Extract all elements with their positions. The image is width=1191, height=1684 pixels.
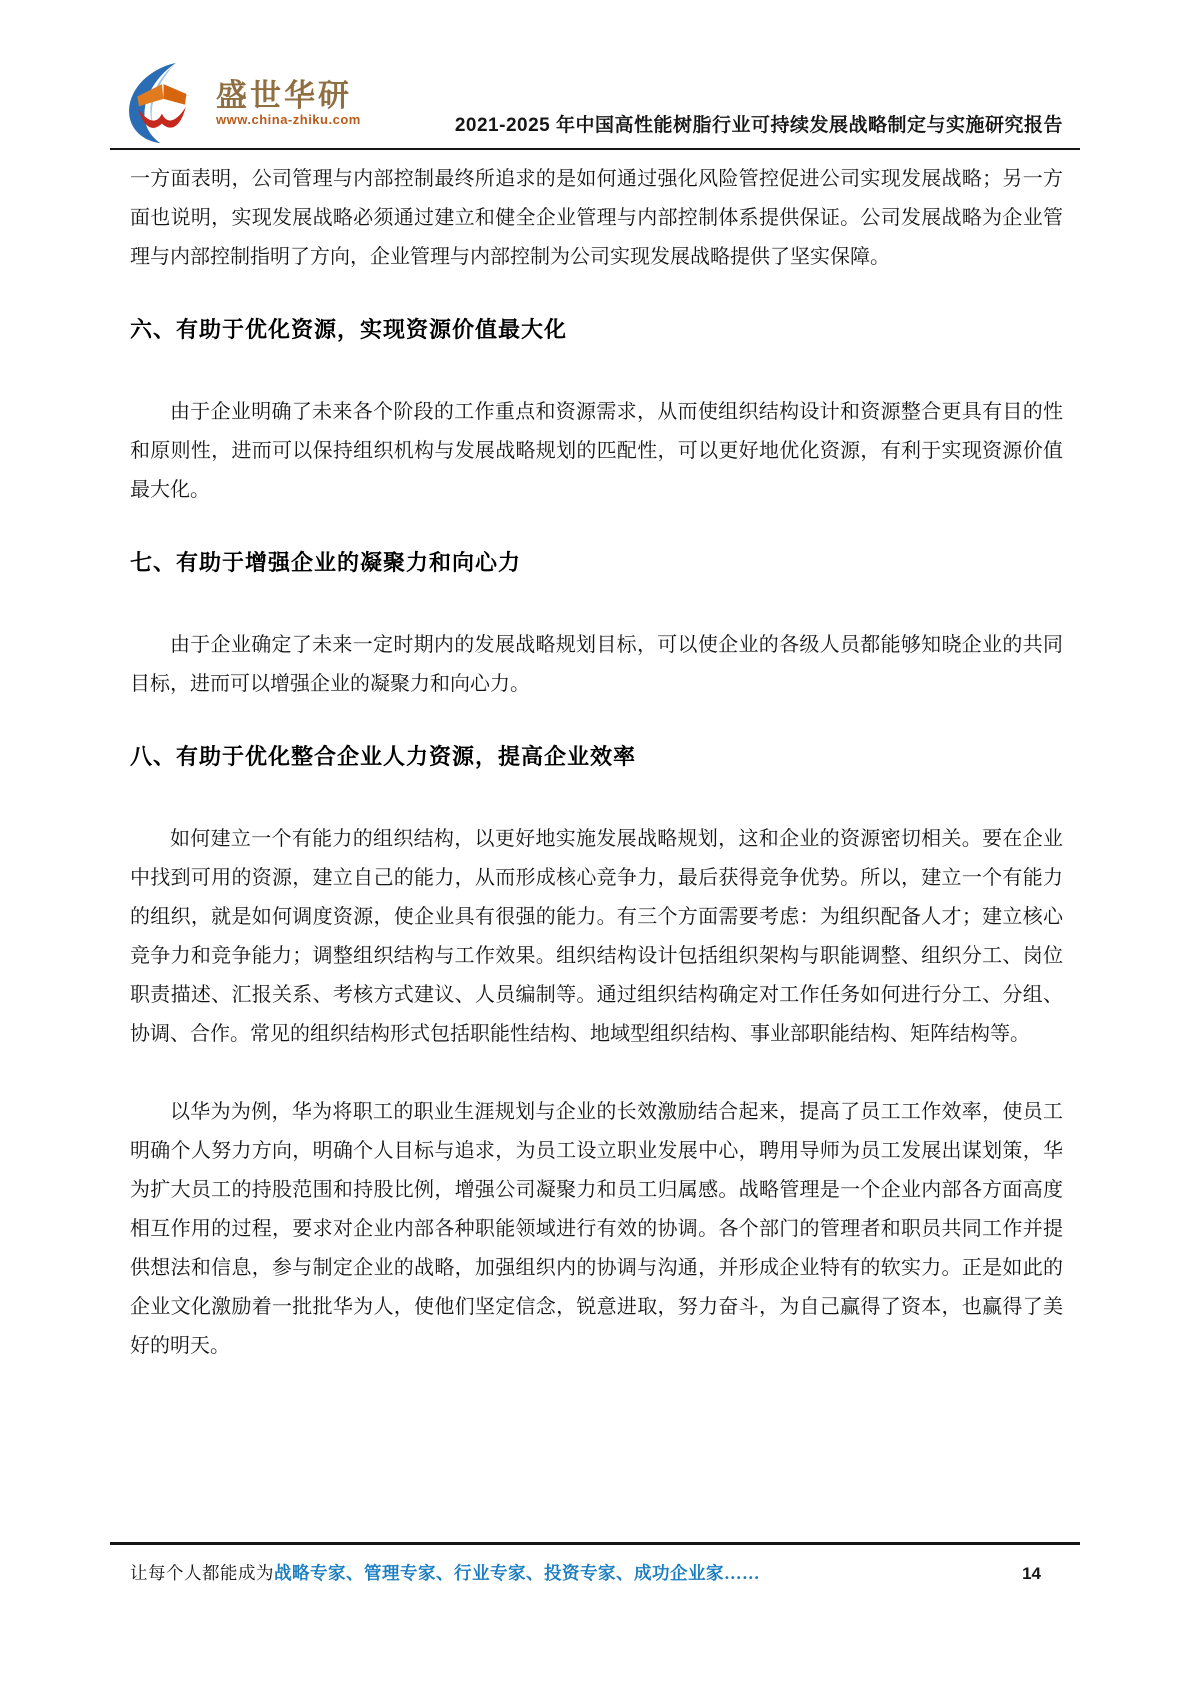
section-6-paragraph: 由于企业明确了未来各个阶段的工作重点和资源需求，从而使组织结构设计和资源整合更具… [130, 393, 1063, 510]
brand-website: www.china-zhiku.com [216, 112, 361, 128]
section-8-paragraph-2: 以华为为例，华为将职工的职业生涯规划与企业的长效激励结合起来，提高了员工工作效率… [130, 1093, 1063, 1366]
section-8-paragraph-1: 如何建立一个有能力的组织结构，以更好地实施发展战略规划，这和企业的资源密切相关。… [130, 820, 1063, 1054]
section-heading-7: 七、有助于增强企业的凝聚力和向心力 [130, 549, 1063, 576]
page-number: 14 [1022, 1564, 1041, 1584]
logo-text-block: 盛世华研 www.china-zhiku.com [216, 79, 361, 128]
report-page: 盛世华研 www.china-zhiku.com 2021-2025 年中国高性… [0, 0, 1191, 1684]
section-7-paragraph: 由于企业确定了未来一定时期内的发展战略规划目标，可以使企业的各级人员都能够知晓企… [130, 626, 1063, 704]
slogan-prefix: 让每个人都能成为 [130, 1563, 274, 1583]
section-heading-8: 八、有助于优化整合企业人力资源，提高企业效率 [130, 743, 1063, 770]
page-footer: 让每个人都能成为战略专家、管理专家、行业专家、投资专家、成功企业家…… 14 [130, 1558, 1041, 1588]
footer-slogan: 让每个人都能成为战略专家、管理专家、行业专家、投资专家、成功企业家…… [130, 1558, 760, 1588]
logo-swoosh-book-icon [124, 62, 208, 144]
brand-name: 盛世华研 [216, 79, 361, 112]
header-divider [110, 148, 1080, 150]
section-heading-6: 六、有助于优化资源，实现资源价值最大化 [130, 316, 1063, 343]
document-body: 一方面表明，公司管理与内部控制最终所追求的是如何通过强化风险管控促进公司实现发展… [130, 160, 1063, 1366]
slogan-highlight: 战略专家、管理专家、行业专家、投资专家、成功企业家…… [274, 1563, 760, 1583]
footer-divider [110, 1542, 1080, 1545]
intro-paragraph: 一方面表明，公司管理与内部控制最终所追求的是如何通过强化风险管控促进公司实现发展… [130, 160, 1063, 277]
company-logo: 盛世华研 www.china-zhiku.com [124, 62, 361, 144]
report-title: 2021-2025 年中国高性能树脂行业可持续发展战略制定与实施研究报告 [455, 110, 1063, 137]
